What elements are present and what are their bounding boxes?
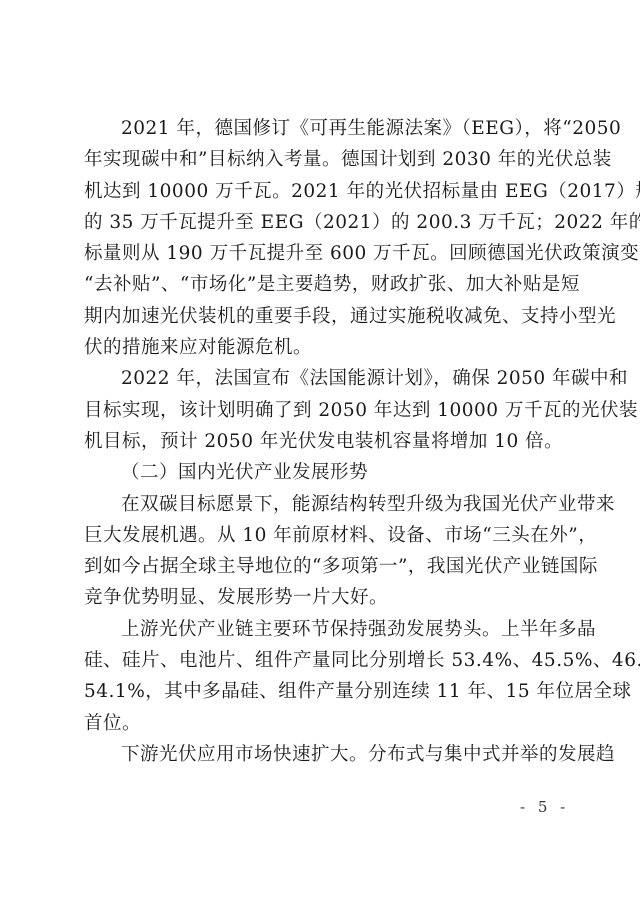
paragraph-line: 硅、硅片、电池片、组件产量同比分别增长 53.4%、45.5%、46.6%、 [84, 645, 558, 676]
document-page: 2021 年，德国修订《可再生能源法案》（EEG），将“2050 年实现碳中和”… [84, 113, 558, 770]
paragraph-line: 标量则从 190 万千瓦提升至 600 万千瓦。回顾德国光伏政策演变， [84, 238, 558, 269]
paragraph-line: 下游光伏应用市场快速扩大。分布式与集中式并举的发展趋 [84, 739, 558, 770]
paragraph-line: 竞争优势明显、发展形势一片大好。 [84, 582, 558, 613]
paragraph-line: 上游光伏产业链主要环节保持强劲发展势头。上半年多晶 [84, 614, 558, 645]
paragraph-line: 2022 年，法国宣布《法国能源计划》，确保 2050 年碳中和 [84, 363, 558, 394]
section-heading: （二）国内光伏产业发展形势 [84, 457, 558, 488]
paragraph-line: “去补贴”、“市场化”是主要趋势，财政扩张、加大补贴是短 [84, 269, 558, 300]
paragraph-line: 在双碳目标愿景下，能源结构转型升级为我国光伏产业带来 [84, 489, 558, 520]
paragraph-line: 54.1%，其中多晶硅、组件产量分别连续 11 年、15 年位居全球 [84, 676, 558, 707]
paragraph-line: 机达到 10000 万千瓦。2021 年的光伏招标量由 EEG（2017）规定 [84, 176, 558, 207]
paragraph-line: 年实现碳中和”目标纳入考量。德国计划到 2030 年的光伏总装 [84, 144, 558, 175]
paragraph-line: 伏的措施来应对能源危机。 [84, 332, 558, 363]
paragraph-line: 目标实现，该计划明确了到 2050 年达到 10000 万千瓦的光伏装 [84, 395, 558, 426]
paragraph-line: 的 35 万千瓦提升至 EEG（2021）的 200.3 万千瓦；2022 年的… [84, 207, 558, 238]
paragraph-line: 期内加速光伏装机的重要手段，通过实施税收减免、支持小型光 [84, 301, 558, 332]
paragraph-line: 2021 年，德国修订《可再生能源法案》（EEG），将“2050 [84, 113, 558, 144]
paragraph-line: 首位。 [84, 708, 558, 739]
paragraph-line: 巨大发展机遇。从 10 年前原材料、设备、市场“三头在外”， [84, 520, 558, 551]
page-number: - 5 - [520, 798, 569, 816]
paragraph-line: 机目标，预计 2050 年光伏发电装机容量将增加 10 倍。 [84, 426, 558, 457]
paragraph-line: 到如今占据全球主导地位的“多项第一”，我国光伏产业链国际 [84, 551, 558, 582]
